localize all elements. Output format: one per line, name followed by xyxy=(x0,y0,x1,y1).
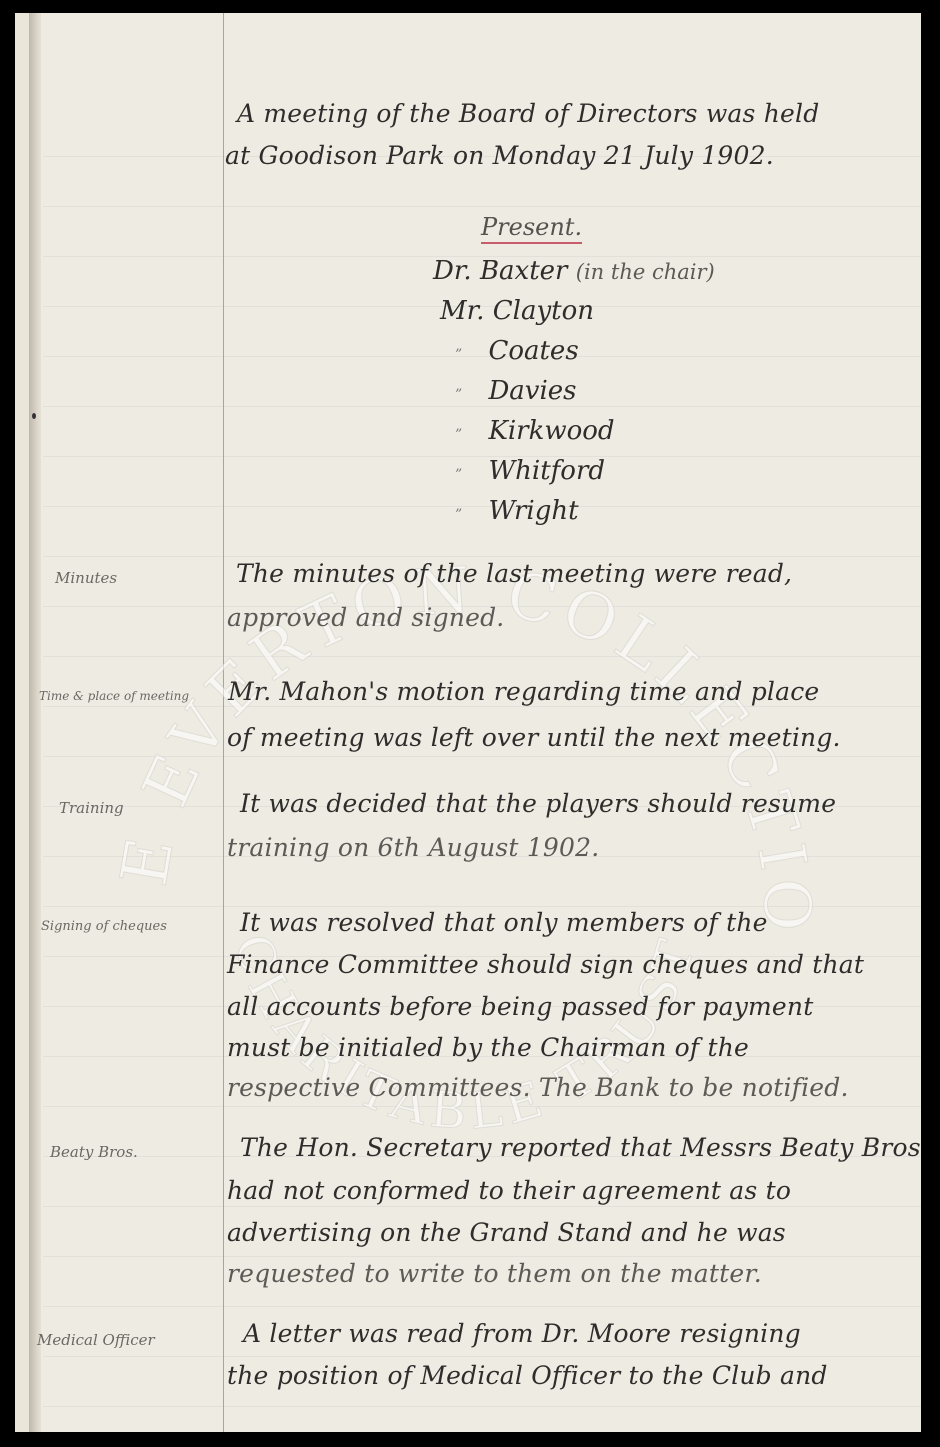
beaty-line-2: had not conformed to their agreement as … xyxy=(227,1176,791,1205)
ruled-line xyxy=(43,1256,921,1257)
ruled-line xyxy=(43,1206,921,1207)
time-place-line-1: Mr. Mahon's motion regarding time and pl… xyxy=(228,677,819,706)
attendee-prefix: Mr. xyxy=(440,296,484,326)
medical-line-1: A letter was read from Dr. Moore resigni… xyxy=(243,1319,801,1348)
attendee-name: Clayton xyxy=(493,296,594,326)
margin-label-minutes: Minutes xyxy=(55,569,117,587)
ruled-line xyxy=(43,656,921,657)
attendee-whitford: ” Whitford xyxy=(455,456,605,486)
medical-line-2: the position of Medical Officer to the C… xyxy=(227,1361,828,1390)
meeting-heading-line-2: at Goodison Park on Monday 21 July 1902. xyxy=(225,141,774,170)
ruled-line xyxy=(43,756,921,757)
ditto-mark: ” xyxy=(455,387,462,403)
ditto-mark: ” xyxy=(455,427,462,443)
minute-book-page: THE EVERTON COLLECTION CHARITABLE TRUST … xyxy=(15,13,921,1432)
training-line-1: It was decided that the players should r… xyxy=(240,789,836,818)
ditto-mark: ” xyxy=(455,347,462,363)
margin-label-signing-cheques: Signing of cheques xyxy=(41,919,167,934)
present-heading: Present. xyxy=(481,213,582,244)
cheques-line-5: respective Committees. The Bank to be no… xyxy=(227,1073,849,1102)
margin-label-medical-officer: Medical Officer xyxy=(37,1331,155,1349)
beaty-line-1: The Hon. Secretary reported that Messrs … xyxy=(240,1133,921,1162)
attendee-name: Coates xyxy=(488,336,578,366)
cheques-line-4: must be initialed by the Chairman of the xyxy=(227,1033,749,1062)
time-place-line-2: of meeting was left over until the next … xyxy=(227,723,841,752)
minutes-line-1: The minutes of the last meeting were rea… xyxy=(236,559,792,588)
attendee-wright: ” Wright xyxy=(455,496,579,526)
attendee-baxter: Dr. Baxter (in the chair) xyxy=(433,256,715,286)
ruled-line xyxy=(43,706,921,707)
meeting-heading-line-1: A meeting of the Board of Directors was … xyxy=(237,99,819,128)
binding-gutter-shadow xyxy=(29,13,41,1432)
cheques-line-1: It was resolved that only members of the xyxy=(240,908,768,937)
minutes-line-2: approved and signed. xyxy=(227,603,504,632)
margin-label-training: Training xyxy=(59,799,124,817)
attendee-prefix: Dr. xyxy=(433,256,472,286)
attendee-name: Baxter xyxy=(480,256,568,286)
page-edge xyxy=(15,13,29,1432)
ruled-line xyxy=(43,206,921,207)
margin-label-time-place: Time & place of meeting xyxy=(39,689,189,703)
attendee-kirkwood: ” Kirkwood xyxy=(455,416,615,446)
attendee-davies: ” Davies xyxy=(455,376,577,406)
ruled-line xyxy=(43,1106,921,1107)
ruled-line xyxy=(43,906,921,907)
attendee-note: (in the chair) xyxy=(576,260,715,284)
attendee-name: Kirkwood xyxy=(488,416,614,446)
ruled-line xyxy=(43,1306,921,1307)
training-line-2: training on 6th August 1902. xyxy=(227,833,599,862)
beaty-line-4: requested to write to them on the matter… xyxy=(227,1259,762,1288)
ruled-line xyxy=(43,556,921,557)
attendee-coates: ” Coates xyxy=(455,336,579,366)
cheques-line-3: all accounts before being passed for pay… xyxy=(227,992,813,1021)
ruled-line xyxy=(43,1356,921,1357)
attendee-name: Wright xyxy=(488,496,578,526)
attendee-clayton: Mr. Clayton xyxy=(440,296,594,326)
ditto-mark: ” xyxy=(455,467,462,483)
margin-label-beaty-bros: Beaty Bros. xyxy=(50,1143,138,1161)
beaty-line-3: advertising on the Grand Stand and he wa… xyxy=(227,1218,786,1247)
red-margin-rule xyxy=(223,13,224,1432)
attendee-name: Whitford xyxy=(488,456,605,486)
ditto-mark: ” xyxy=(455,507,462,523)
ink-mark xyxy=(32,413,36,419)
cheques-line-2: Finance Committee should sign cheques an… xyxy=(227,950,864,979)
ruled-line xyxy=(43,406,921,407)
ruled-line xyxy=(43,1406,921,1407)
attendee-name: Davies xyxy=(488,376,576,406)
